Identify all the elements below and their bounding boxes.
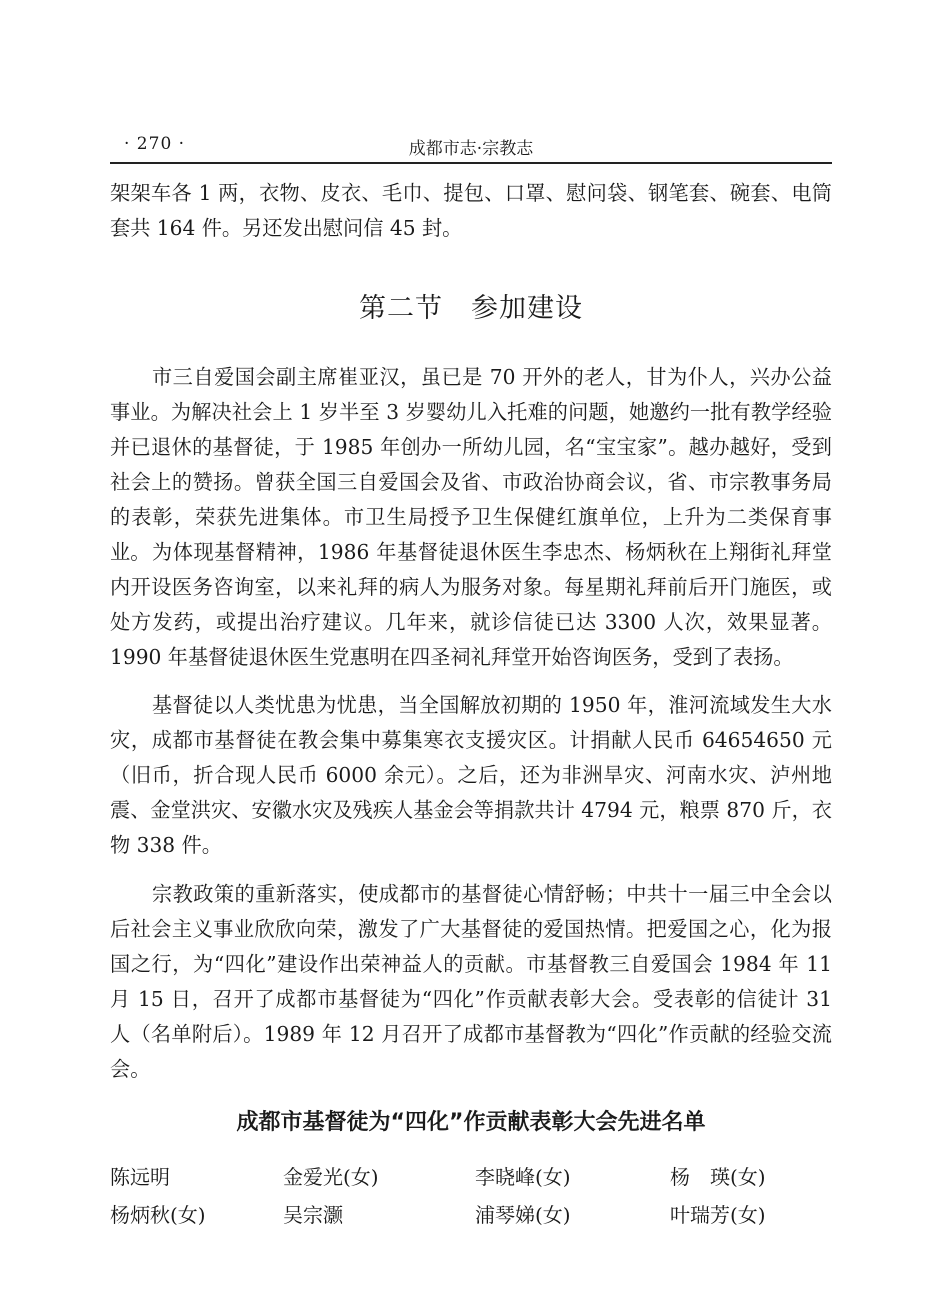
honor-name: 叶瑞芳(女) bbox=[670, 1198, 832, 1232]
paragraph-four-modernizations: 宗教政策的重新落实，使成都市的基督徒心情舒畅；中共十一届三中全会以后社会主义事业… bbox=[110, 877, 832, 1087]
honor-name: 杨炳秋(女) bbox=[110, 1198, 283, 1232]
continued-paragraph: 架架车各 1 两，衣物、皮衣、毛巾、提包、口罩、慰问袋、钢笔套、碗套、电筒套共 … bbox=[110, 176, 832, 246]
honor-names-grid: 陈远明 金爱光(女) 李晓峰(女) 杨 瑛(女) 杨炳秋(女) 吴宗灏 浦琴娣(… bbox=[110, 1160, 832, 1232]
section-title: 第二节 参加建设 bbox=[110, 286, 832, 325]
book-title: 成都市志·宗教志 bbox=[110, 134, 832, 159]
running-header: · 270 · 成都市志·宗教志 bbox=[110, 132, 832, 160]
honor-list-title: 成都市基督徒为“四化”作贡献表彰大会先进名单 bbox=[110, 1105, 832, 1136]
paragraph-medical-clinic: 为体现基督精神，1986 年基督徒退休医生李忠杰、杨炳秋在上翔街礼拜堂内开设医务… bbox=[110, 535, 832, 675]
header-rule bbox=[110, 162, 832, 164]
honor-name: 李晓峰(女) bbox=[475, 1160, 670, 1194]
document-page: · 270 · 成都市志·宗教志 架架车各 1 两，衣物、皮衣、毛巾、提包、口罩… bbox=[0, 0, 936, 1310]
honor-name: 陈远明 bbox=[110, 1160, 283, 1194]
paragraph-disaster-relief: 基督徒以人类忧患为忧患，当全国解放初期的 1950 年，淮河流域发生大水灾，成都… bbox=[110, 688, 832, 863]
honor-name: 浦琴娣(女) bbox=[475, 1198, 670, 1232]
honor-name: 杨 瑛(女) bbox=[670, 1160, 832, 1194]
honor-name: 吴宗灏 bbox=[283, 1198, 475, 1232]
honor-name: 金爱光(女) bbox=[283, 1160, 475, 1194]
